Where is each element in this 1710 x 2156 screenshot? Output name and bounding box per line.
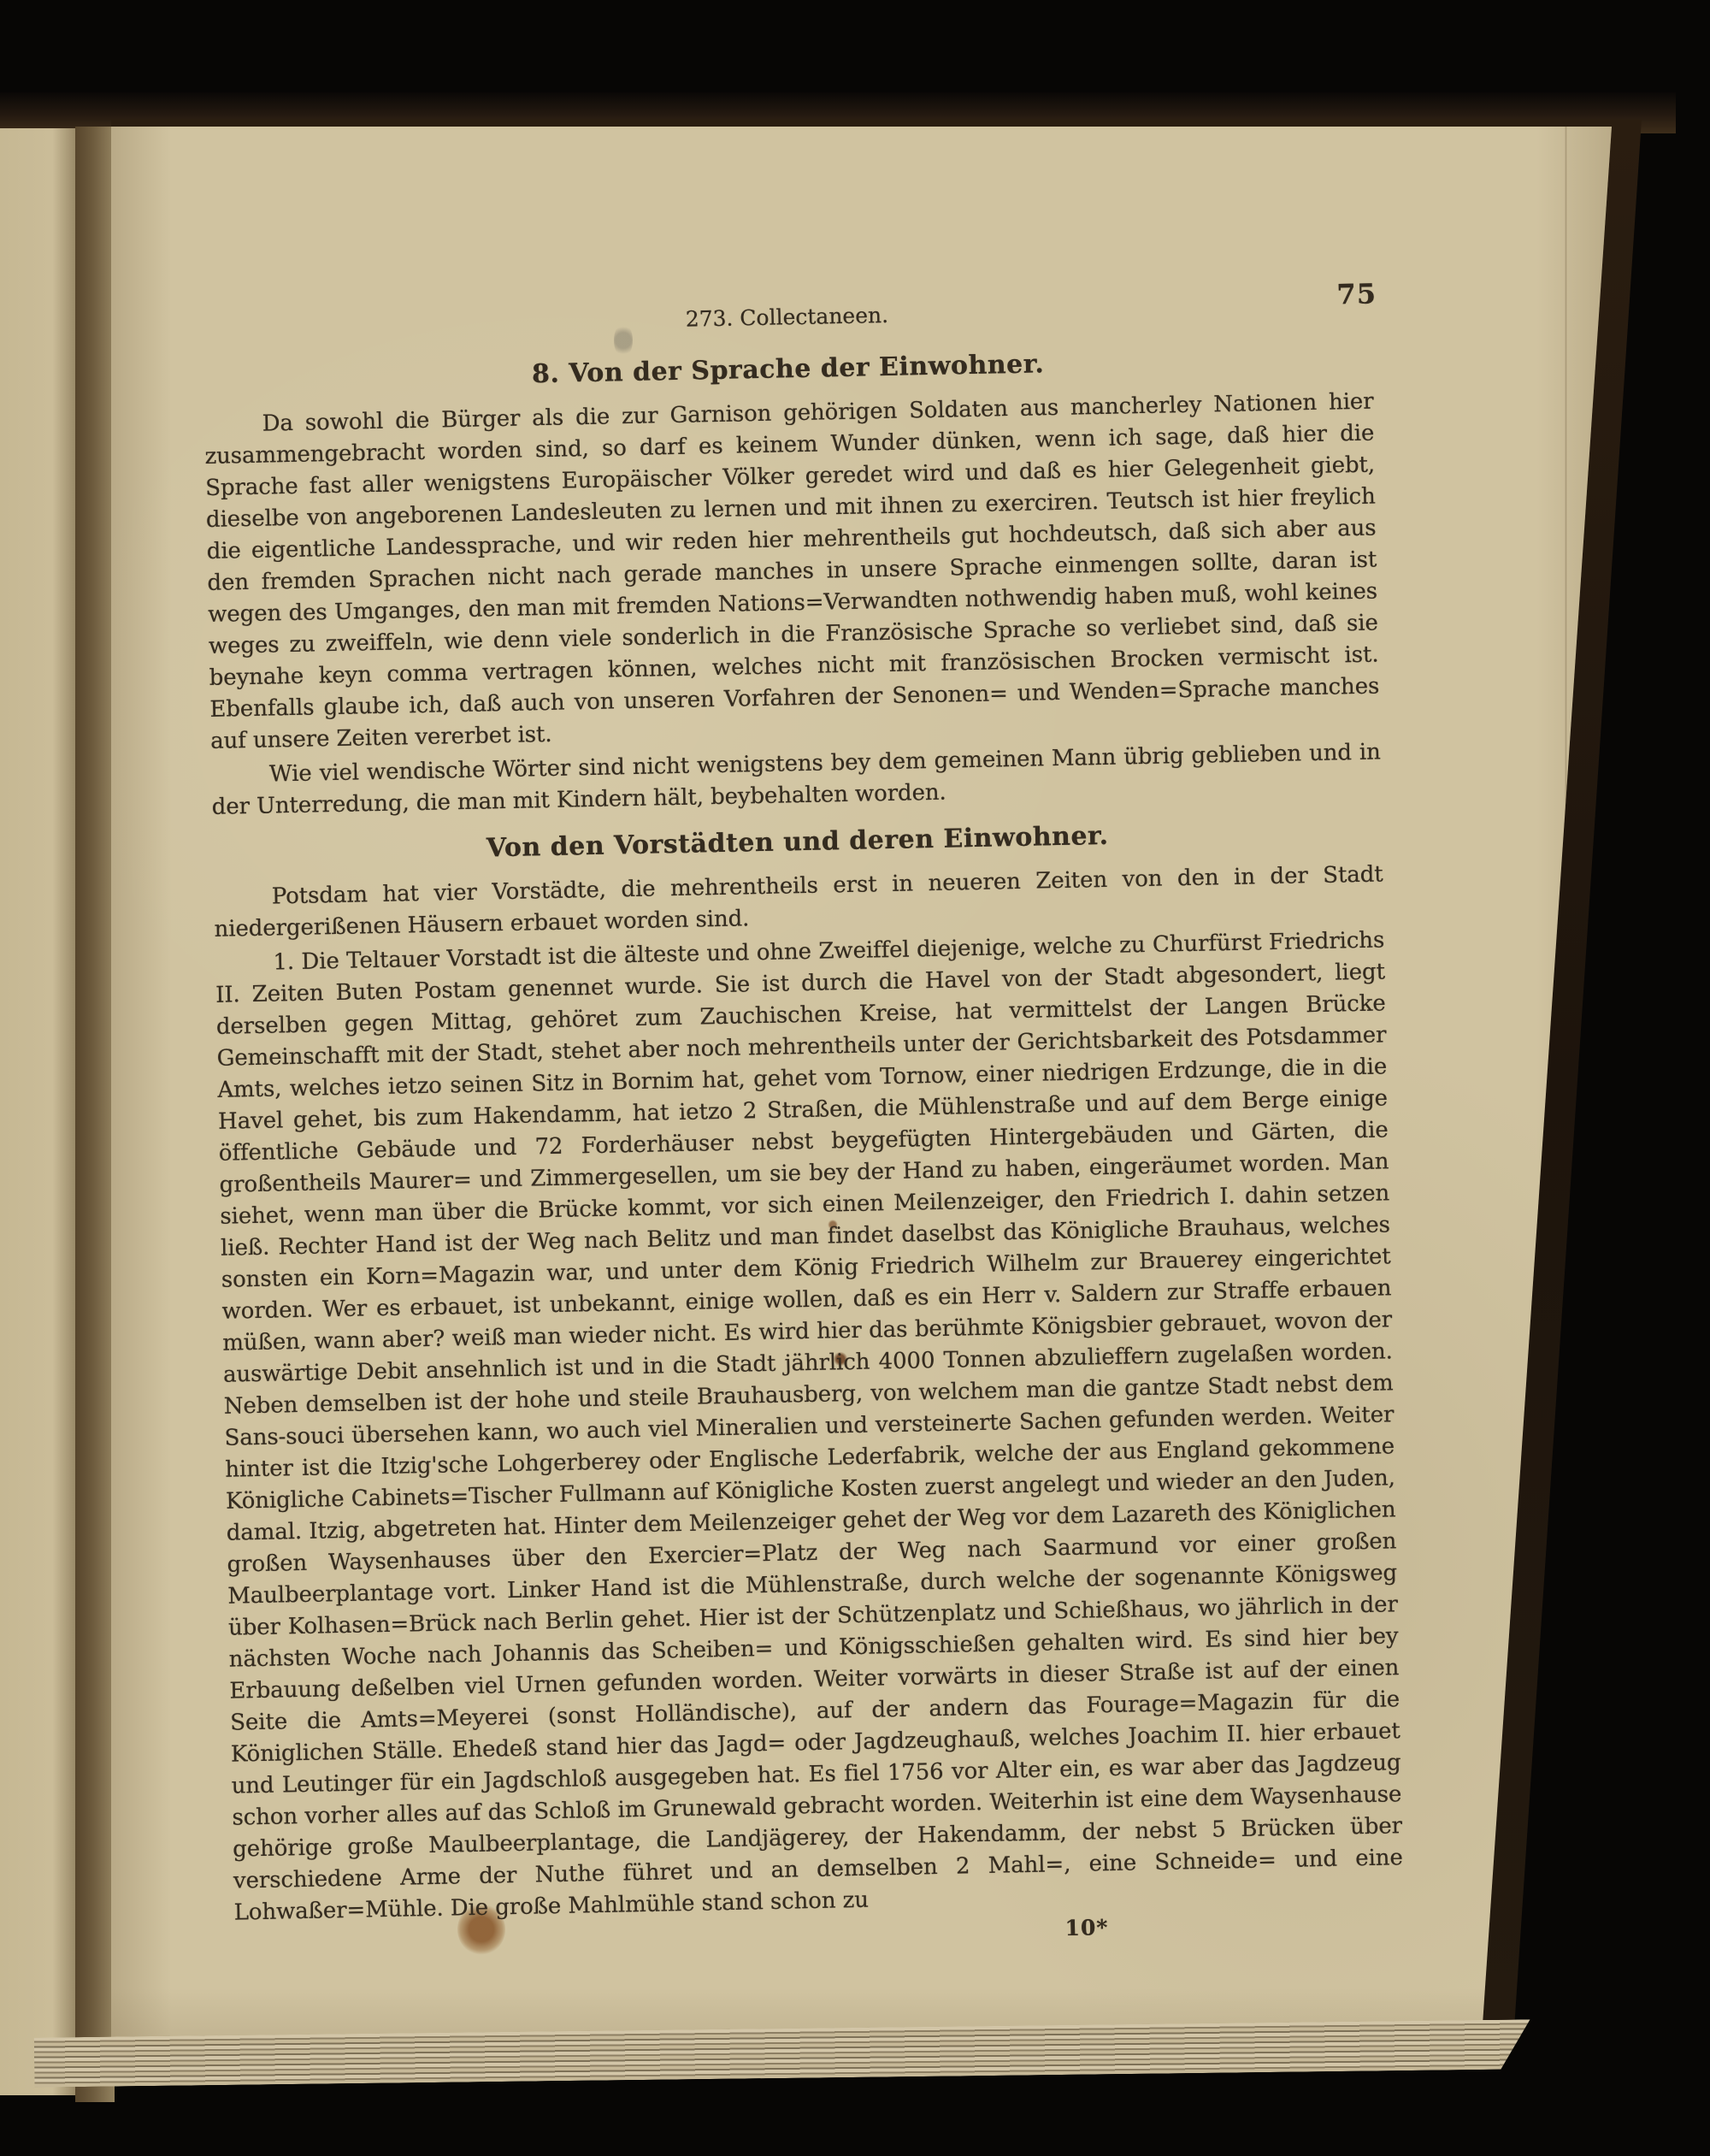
page-gutter-shadow bbox=[75, 127, 115, 2102]
page-stack-left-edge bbox=[0, 128, 75, 2095]
paragraph-vorstaedte-2: 1. Die Teltauer Vorstadt ist die älteste… bbox=[215, 924, 1404, 1929]
page-number: 75 bbox=[1336, 277, 1377, 310]
running-title: 273. Collectaneen. bbox=[685, 292, 888, 332]
section-heading-sprache: 8. Von der Sprache der Einwohner. bbox=[203, 343, 1372, 396]
page-text-block: 273. Collectaneen. 75 8. Von der Sprache… bbox=[202, 283, 1404, 1958]
section-heading-vorstaedte: Von den Vorstädten und deren Einwohner. bbox=[213, 815, 1383, 868]
paragraph-sprache-1: Da sowohl die Bürger als die zur Garniso… bbox=[203, 387, 1380, 758]
